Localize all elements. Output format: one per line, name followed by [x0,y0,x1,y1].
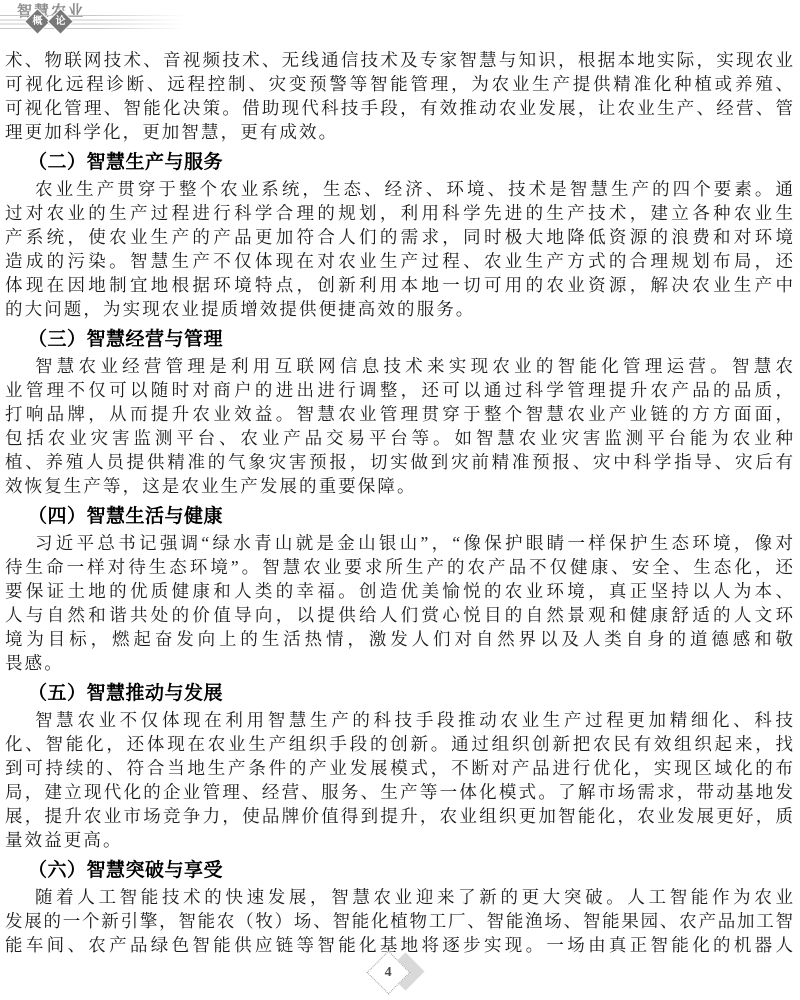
body-text-line: 理更加科学化，更加智慧，更有成效。 [5,120,793,144]
body-text-line: 智慧农业不仅体现在利用智慧生产的科技手段推动农业生产过程更加精细化、科技 [5,708,793,732]
section-heading: （五）智慧推动与发展 [5,683,793,705]
seal-diamond-icon: 概 [25,9,49,33]
body-text-line: 到可持续的、符合当地生产条件的产业发展模式，不断对产品进行优化，实现区域化的布 [5,756,793,780]
body-text-line: 化、智能化，还体现在农业生产组织手段的创新。通过组织创新把农民有效组织起来，找 [5,732,793,756]
body-text-line: 植、养殖人员提供精准的气象灾害预报，切实做到灾前精准预报、灾中科学指导、灾后有 [5,450,793,474]
body-text-line: 可视化管理、智能化决策。借助现代科技手段，有效推动农业发展，让农业生产、经营、管 [5,96,793,120]
book-page: 智慧农业 概 论 术、物联网技术、音视频技术、无线通信技术及专家智慧与知识，根据… [0,0,800,1000]
body-text-line: 待生命一样对待生态环境”。智慧农业要求所生产的农产品不仅健康、安全、生态化，还 [5,555,793,579]
body-text-line: 产系统，使农业生产的产品更加符合人们的需求，同时极大地降低资源的浪费和对环境 [5,225,793,249]
body-text-line: 畏感。 [5,651,793,675]
body-text-line: 的大问题，为实现农业提质增效提供便捷高效的服务。 [5,297,793,321]
section-heading: （四）智慧生活与健康 [5,506,793,528]
section-heading: （二）智慧生产与服务 [5,152,793,174]
body-text-line: 局，建立现代化的企业管理、经营、服务、生产等一体化模式。了解市场需求，带动基地发 [5,780,793,804]
body-text-line: 要保证土地的优质健康和人类的幸福。创造优美愉悦的农业环境，真正坚持以人为本、 [5,579,793,603]
section-heading: （三）智慧经营与管理 [5,329,793,351]
body-text-line: 可视化远程诊断、远程控制、灾变预警等智能管理，为农业生产提供精准化种植或养殖、 [5,72,793,96]
body-text-line: 效恢复生产等，这是农业生产发展的重要保障。 [5,474,793,498]
seal-diamond-icon: 论 [48,9,72,33]
body-text-line: 术、物联网技术、音视频技术、无线通信技术及专家智慧与知识，根据本地实际，实现农业 [5,48,793,72]
body-text-line: 业管理不仅可以随时对商户的进出进行调整，还可以通过科学管理提升农产品的品质， [5,378,793,402]
page-number: 4 [385,966,392,980]
body-text-line: 发展的一个新引擎，智能农（牧）场、智能化植物工厂、智能渔场、智能果园、农产品加工… [5,909,793,933]
body-text-line: 习近平总书记强调“绿水青山就是金山银山”，“像保护眼睛一样保护生态环境，像对 [5,531,793,555]
body-text-line: 造成的污染。智慧生产不仅体现在对农业生产过程、农业生产方式的合理规划布局，还 [5,249,793,273]
page-number-ornament: 4 [366,954,430,1000]
seal-char: 概 [33,17,43,27]
series-seal: 概 论 [29,13,75,30]
page-footer: 4 [0,952,800,1000]
body-text-line: 体现在因地制宜地根据环境特点，创新利用本地一切可用的农业资源，解决农业生产中 [5,273,793,297]
running-head: 智慧农业 概 论 [0,0,260,40]
body-text-line: 展，提升农业市场竞争力，使品牌价值得到提升，农业组织更加智能化，农业发展更好，质 [5,804,793,828]
section-heading: （六）智慧突破与享受 [5,860,793,882]
body-text-line: 打响品牌，从而提升农业效益。智慧农业管理贯穿于整个智慧农业产业链的方方面面， [5,402,793,426]
body-text-line: 随着人工智能技术的快速发展，智慧农业迎来了新的更大突破。人工智能作为农业 [5,885,793,909]
seal-char: 论 [56,17,66,27]
page-body: 术、物联网技术、音视频技术、无线通信技术及专家智慧与知识，根据本地实际，实现农业… [5,48,793,957]
body-text-line: 量效益更高。 [5,828,793,852]
body-text-line: 农业生产贯穿于整个农业系统，生态、经济、环境、技术是智慧生产的四个要素。通 [5,177,793,201]
body-text-line: 过对农业的生产过程进行科学合理的规划，利用科学先进的生产技术，建立各种农业生 [5,201,793,225]
body-text-line: 境为目标，燃起奋发向上的生活热情，激发人们对自然界以及人类自身的道德感和敬 [5,627,793,651]
body-text-line: 智慧农业经营管理是利用互联网信息技术来实现农业的智能化管理运营。智慧农 [5,354,793,378]
body-text-line: 人与自然和谐共处的价值导向，以提供给人们赏心悦目的自然景观和健康舒适的人文环 [5,603,793,627]
body-text-line: 包括农业灾害监测平台、农业产品交易平台等。如智慧农业灾害监测平台能为农业种 [5,426,793,450]
